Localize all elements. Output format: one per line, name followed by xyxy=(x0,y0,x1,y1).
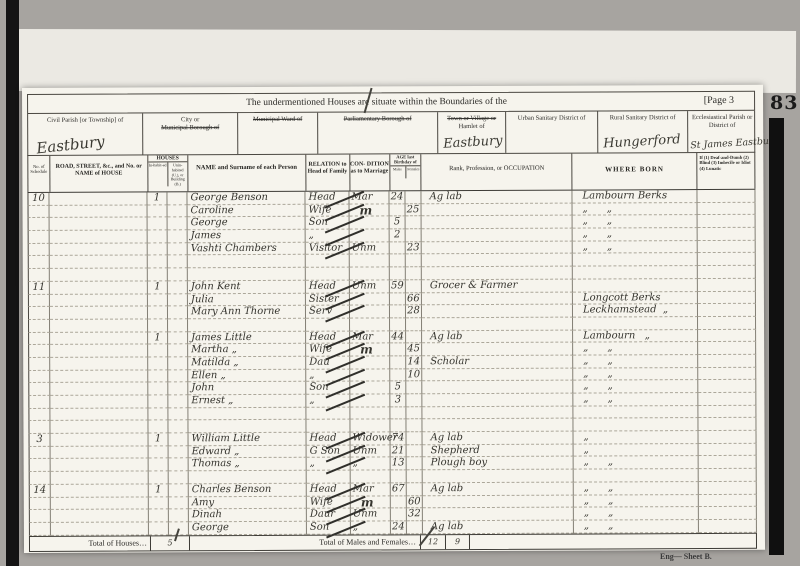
cell-relation xyxy=(306,420,350,433)
cell-condition: Unm xyxy=(350,242,390,255)
cell-born: „ „ xyxy=(574,482,699,495)
cell-road xyxy=(51,434,149,447)
cell-schedule xyxy=(28,231,50,244)
cell-schedule xyxy=(28,421,50,434)
cell-occupation xyxy=(423,508,574,521)
cell-schedule xyxy=(28,269,50,282)
cell-occupation: Scholar xyxy=(422,356,573,369)
cell-inhabited xyxy=(148,218,168,231)
cell-schedule xyxy=(28,409,50,422)
cell-relation: Wife xyxy=(306,344,350,357)
cell-relation: Head xyxy=(307,433,351,446)
cell-born: „ „ xyxy=(573,355,698,368)
cell-born xyxy=(574,469,699,482)
cell-relation: Son xyxy=(306,382,350,395)
cell-schedule: 14 xyxy=(29,485,51,498)
cell-schedule xyxy=(28,345,50,358)
cell-road xyxy=(50,243,148,256)
col-header-age-females: Females xyxy=(406,166,421,178)
cell-uninhabited xyxy=(168,268,188,281)
cell-condition: Mar xyxy=(351,483,391,496)
cell-disability xyxy=(698,367,756,380)
field-label-struck: Municipal Ward of xyxy=(238,116,317,124)
field-value-handwritten: Eastbury xyxy=(35,132,105,158)
cell-road xyxy=(51,510,149,523)
cell-age-m xyxy=(390,242,406,255)
cell-road xyxy=(50,256,148,269)
cell-age-f xyxy=(406,229,422,242)
cell-name: Dinah xyxy=(189,509,307,522)
cell-born: „ „ xyxy=(573,342,698,355)
cell-inhabited xyxy=(148,345,168,358)
cell-disability xyxy=(699,469,757,482)
cell-name: Mary Ann Thorne xyxy=(188,306,306,319)
cell-age-m xyxy=(390,255,406,268)
cell-uninhabited xyxy=(168,230,188,243)
cell-relation: Sister xyxy=(306,293,350,306)
cell-born: „ „ xyxy=(573,215,698,228)
cell-disability xyxy=(698,355,756,368)
field-municipal-ward: Municipal Ward of xyxy=(238,113,318,154)
scan-page-edge xyxy=(18,29,796,93)
cell-uninhabited xyxy=(168,345,188,358)
field-parliamentary-borough: Parliamentary Borough of xyxy=(318,112,438,154)
cell-uninhabited xyxy=(167,192,187,205)
cell-schedule xyxy=(29,523,51,536)
cell-disability xyxy=(698,266,756,279)
cell-road xyxy=(51,446,149,459)
cell-schedule: 3 xyxy=(29,434,51,447)
cell-occupation: Ag lab xyxy=(422,330,573,343)
cell-name xyxy=(188,268,306,281)
cell-inhabited xyxy=(148,421,168,434)
cell-born: „ „ xyxy=(574,520,699,533)
cell-disability xyxy=(698,393,756,406)
cell-age-f: 60 xyxy=(407,496,423,509)
cell-inhabited xyxy=(149,522,169,535)
cell-relation xyxy=(306,318,350,331)
cell-condition: m xyxy=(350,344,390,357)
cell-born: Leckhamstead „ xyxy=(573,304,698,317)
cell-uninhabited xyxy=(168,205,188,218)
cell-inhabited xyxy=(149,471,169,484)
cell-condition xyxy=(350,293,390,306)
cell-age-m xyxy=(391,509,407,522)
cell-name: John Kent xyxy=(188,281,306,294)
cell-condition: Mar xyxy=(349,191,389,204)
cell-uninhabited xyxy=(169,459,189,472)
cell-disability xyxy=(699,482,757,495)
cell-schedule xyxy=(28,332,50,345)
cell-schedule xyxy=(29,510,51,523)
cell-occupation xyxy=(422,254,573,267)
cell-uninhabited xyxy=(168,357,188,370)
cell-uninhabited xyxy=(169,497,189,510)
cell-age-m xyxy=(390,306,406,319)
cell-relation: Wife xyxy=(307,496,351,509)
cell-disability xyxy=(698,253,756,266)
cell-uninhabited xyxy=(169,509,189,522)
cell-uninhabited xyxy=(169,433,189,446)
cell-age-m xyxy=(390,293,406,306)
cell-condition: Unm xyxy=(350,280,390,293)
census-form: The undermentioned Houses are situate wi… xyxy=(22,85,765,553)
cell-relation xyxy=(306,407,350,420)
sheet-label: Eng— Sheet B. xyxy=(660,552,712,561)
col-header-where-born: WHERE BORN xyxy=(573,153,698,190)
cell-disability xyxy=(699,456,757,469)
cell-occupation: Shepherd xyxy=(423,444,574,457)
cell-road xyxy=(50,421,148,434)
cell-road xyxy=(49,192,147,205)
scan-binding-bar-right xyxy=(769,118,784,555)
cell-condition: „ xyxy=(351,521,391,534)
field-label: Urban Sanitary District of xyxy=(506,114,597,123)
field-label: Rural Sanitary District of xyxy=(598,114,687,123)
col-header-houses: HOUSES In-habit-ed Unin-habited (U.), or… xyxy=(148,155,188,191)
cell-road xyxy=(50,357,148,370)
census-scan-page: The undermentioned Houses are situate wi… xyxy=(0,0,800,566)
cell-name: Ernest „ xyxy=(188,395,306,408)
cell-age-m xyxy=(390,344,406,357)
cell-born: „ xyxy=(574,444,699,457)
cell-inhabited xyxy=(148,307,168,320)
cell-occupation: Grocer & Farmer xyxy=(422,279,573,292)
cell-born: „ „ xyxy=(574,507,699,520)
cell-inhabited: 1 xyxy=(149,484,169,497)
cell-condition xyxy=(350,407,390,420)
cell-born xyxy=(573,406,698,419)
cell-name: Amy xyxy=(189,496,307,509)
cell-age-m: 5 xyxy=(390,217,406,230)
cell-name: James xyxy=(188,230,306,243)
cell-road xyxy=(50,307,148,320)
cell-relation: Visitor xyxy=(306,242,350,255)
cell-born: „ „ xyxy=(573,368,698,381)
cell-age-m xyxy=(390,318,406,331)
cell-name xyxy=(188,319,306,332)
cell-road xyxy=(51,484,149,497)
field-urban-sanitary: Urban Sanitary District of xyxy=(506,111,598,152)
cell-condition: Unm xyxy=(351,509,391,522)
cell-age-m: 24 xyxy=(391,521,407,534)
cell-condition xyxy=(350,394,390,407)
cell-relation: Head xyxy=(307,483,351,496)
cell-name xyxy=(188,407,306,420)
cell-relation: G Son xyxy=(307,445,351,458)
total-males-value: 12 xyxy=(420,535,445,549)
cell-age-f xyxy=(406,267,422,280)
cell-relation: Son xyxy=(306,217,350,230)
col-header-inhabited: In-habit-ed xyxy=(148,163,168,187)
cell-name: William Little xyxy=(189,433,307,446)
cell-disability xyxy=(698,241,756,254)
cell-disability xyxy=(698,405,756,418)
cell-born: „ „ xyxy=(573,228,698,241)
banner-text: The undermentioned Houses are situate wi… xyxy=(246,97,507,108)
column-headers: No. of Schedule ROAD, STREET, &c., and N… xyxy=(27,153,755,193)
cell-schedule xyxy=(28,396,50,409)
cell-name: George xyxy=(188,217,306,230)
cell-age-f xyxy=(406,318,422,331)
cell-inhabited xyxy=(148,408,168,421)
cell-inhabited xyxy=(148,205,168,218)
cell-occupation xyxy=(422,216,573,229)
col-header-schedule: No. of Schedule xyxy=(28,156,50,192)
cell-disability xyxy=(699,507,757,520)
cell-name: George xyxy=(189,522,307,535)
cell-road xyxy=(50,294,148,307)
cell-schedule xyxy=(29,472,51,485)
cell-uninhabited xyxy=(168,332,188,345)
cell-relation: „ xyxy=(306,395,350,408)
total-houses-value: 5 xyxy=(150,536,190,550)
cell-disability xyxy=(698,342,756,355)
cell-age-m xyxy=(390,420,406,433)
cell-schedule xyxy=(28,383,50,396)
cell-uninhabited xyxy=(168,421,188,434)
cell-relation: Serv xyxy=(306,306,350,319)
cell-disability xyxy=(699,520,757,533)
cell-uninhabited xyxy=(168,370,188,383)
cell-occupation xyxy=(422,419,573,432)
cell-name xyxy=(188,420,306,433)
cell-condition xyxy=(350,382,390,395)
cell-disability xyxy=(698,380,756,393)
cell-road xyxy=(50,205,148,218)
cell-name: Charles Benson xyxy=(189,484,307,497)
col-header-condition: CON- DITION as to Marriage xyxy=(350,154,390,190)
cell-born xyxy=(573,418,698,431)
cell-age-m: 21 xyxy=(391,445,407,458)
field-value-handwritten: Eastbury xyxy=(443,133,503,153)
cell-age-f: 23 xyxy=(406,242,422,255)
cell-age-f xyxy=(407,483,423,496)
cell-inhabited xyxy=(148,370,168,383)
cell-inhabited xyxy=(148,230,168,243)
cell-age-f xyxy=(406,394,422,407)
cell-road xyxy=(50,370,148,383)
cell-age-f xyxy=(405,191,421,204)
cell-uninhabited xyxy=(168,395,188,408)
cell-inhabited xyxy=(148,268,168,281)
cell-age-m xyxy=(391,496,407,509)
cell-occupation xyxy=(422,368,573,381)
cell-road xyxy=(50,218,148,231)
cell-name: Ellen „ xyxy=(188,369,306,382)
cell-schedule xyxy=(28,256,50,269)
cell-schedule: 11 xyxy=(28,282,50,295)
cell-born: „ „ xyxy=(574,456,699,469)
cell-inhabited xyxy=(148,256,168,269)
cell-born: „ „ xyxy=(573,203,698,216)
cell-inhabited: 1 xyxy=(147,192,167,205)
cell-schedule xyxy=(28,294,50,307)
cell-relation: Head xyxy=(305,192,349,205)
cell-born xyxy=(573,317,698,330)
cell-name: George Benson xyxy=(187,192,305,205)
cell-occupation xyxy=(423,495,574,508)
cell-age-m: 13 xyxy=(391,458,407,471)
field-label-struck: Town or Village or xyxy=(438,115,505,123)
cell-disability xyxy=(698,202,756,215)
cell-uninhabited xyxy=(169,522,189,535)
cell-occupation xyxy=(422,305,573,318)
cell-road xyxy=(50,345,148,358)
cell-age-f: 32 xyxy=(407,508,423,521)
cell-schedule xyxy=(29,459,51,472)
page-label: [Page 3 xyxy=(704,95,734,106)
cell-occupation: Plough boy xyxy=(423,457,574,470)
cell-condition xyxy=(350,255,390,268)
cell-disability xyxy=(698,304,756,317)
cell-relation: „ xyxy=(307,458,351,471)
cell-name: Vashti Chambers xyxy=(188,243,306,256)
cell-inhabited xyxy=(148,383,168,396)
cell-age-f xyxy=(406,420,422,433)
cell-condition xyxy=(350,229,390,242)
cell-occupation xyxy=(422,203,573,216)
cell-condition xyxy=(350,268,390,281)
field-label: Civil Parish [or Township] of xyxy=(28,116,142,125)
totals-row: Total of Houses… 5 Total of Males and Fe… xyxy=(29,533,757,552)
cell-inhabited xyxy=(148,319,168,332)
cell-condition: m xyxy=(350,204,390,217)
cell-age-f xyxy=(406,255,422,268)
field-ecclesiastical-parish: Ecclesiastical Parish or District of St … xyxy=(688,111,756,152)
cell-occupation xyxy=(422,317,573,330)
cell-road xyxy=(50,269,148,282)
cell-occupation xyxy=(422,241,573,254)
cell-name: Martha „ xyxy=(188,344,306,357)
cell-age-f xyxy=(406,331,422,344)
field-label: Ecclesiastical Parish or xyxy=(688,114,756,122)
col-header-relation: RELATION to Head of Family xyxy=(306,155,350,191)
total-houses-label: Total of Houses… xyxy=(30,536,150,551)
cell-age-f: 45 xyxy=(406,344,422,357)
cell-age-m: 5 xyxy=(390,382,406,395)
cell-inhabited: 1 xyxy=(149,433,169,446)
field-label: District of xyxy=(688,122,756,130)
cell-relation: „ xyxy=(306,230,350,243)
cell-relation: Dau xyxy=(306,357,350,370)
field-town-village: Town or Village or Hamlet of Eastbury xyxy=(438,112,506,153)
col-header-name: NAME and Surname of each Person xyxy=(188,155,306,192)
table-body: 101George BensonHeadMar24Ag labLambourn … xyxy=(27,190,756,536)
cell-occupation xyxy=(422,406,573,419)
cell-age-f xyxy=(406,407,422,420)
cell-name: Thomas „ xyxy=(189,458,307,471)
cell-schedule xyxy=(28,218,50,231)
cell-relation xyxy=(306,255,350,268)
cell-age-m xyxy=(390,369,406,382)
cell-born: „ „ xyxy=(573,380,698,393)
cell-uninhabited xyxy=(168,306,188,319)
cell-born: „ xyxy=(574,431,699,444)
cell-inhabited xyxy=(148,294,168,307)
cell-inhabited: 1 xyxy=(148,332,168,345)
field-label-struck: Municipal Borough of xyxy=(143,124,237,133)
cell-disability xyxy=(698,329,756,342)
cell-schedule xyxy=(29,497,51,510)
cell-age-f: 10 xyxy=(406,369,422,382)
cell-age-f xyxy=(406,382,422,395)
field-label-struck: Parliamentary Borough of xyxy=(318,115,437,124)
cell-schedule xyxy=(28,320,50,333)
col-header-age-males: Males xyxy=(390,166,406,178)
cell-road xyxy=(50,231,148,244)
cell-schedule xyxy=(28,358,50,371)
cell-disability xyxy=(698,215,756,228)
cell-inhabited xyxy=(149,459,169,472)
cell-occupation xyxy=(422,229,573,242)
cell-name: Julia xyxy=(188,293,306,306)
cell-relation: „ xyxy=(306,369,350,382)
cell-born xyxy=(573,266,698,279)
cell-age-m: 44 xyxy=(390,331,406,344)
cell-relation: Daur xyxy=(307,509,351,522)
cell-road xyxy=(50,281,148,294)
cell-age-f xyxy=(407,432,423,445)
cell-condition: Unm xyxy=(351,445,391,458)
cell-inhabited xyxy=(148,395,168,408)
cell-schedule xyxy=(29,447,51,460)
col-header-age-title: AGE last Birthday of xyxy=(390,154,421,165)
col-header-age: AGE last Birthday of Males Females xyxy=(390,154,422,190)
cell-occupation: Ag lab xyxy=(423,482,574,495)
cell-disability xyxy=(698,418,756,431)
cell-age-f xyxy=(407,521,423,534)
cell-road xyxy=(51,522,149,535)
cell-relation: Head xyxy=(306,280,350,293)
cell-age-m xyxy=(391,470,407,483)
cell-name: John xyxy=(188,382,306,395)
cell-road xyxy=(51,459,149,472)
col-header-uninhabited: Unin-habited (U.), or Building (B.) xyxy=(168,163,187,187)
cell-relation: Head xyxy=(306,331,350,344)
page-stamp-number: 83 xyxy=(770,92,798,114)
cell-relation: Wife xyxy=(306,204,350,217)
cell-condition xyxy=(350,217,390,230)
header-fields: Civil Parish [or Township] of Eastbury C… xyxy=(27,111,755,156)
cell-born: Longcott Berks xyxy=(573,292,698,305)
cell-condition xyxy=(350,318,390,331)
cell-uninhabited xyxy=(168,281,188,294)
cell-uninhabited xyxy=(169,484,189,497)
cell-condition xyxy=(350,369,390,382)
cell-uninhabited xyxy=(168,256,188,269)
cell-name: Matilda „ xyxy=(188,357,306,370)
total-females-value: 9 xyxy=(445,535,470,549)
cell-condition xyxy=(350,356,390,369)
field-label: Hamlet of xyxy=(438,123,505,131)
cell-disability xyxy=(697,190,755,203)
totals-filler xyxy=(470,534,756,549)
cell-inhabited xyxy=(149,446,169,459)
cell-uninhabited xyxy=(168,294,188,307)
cell-condition: m xyxy=(351,496,391,509)
cell-uninhabited xyxy=(168,243,188,256)
field-value-handwritten: Hungerford xyxy=(603,132,681,153)
cell-age-m xyxy=(390,267,406,280)
col-header-disability: If (1) Deaf-and-Dumb (2) Blind (3) Imbec… xyxy=(697,153,755,189)
cell-inhabited xyxy=(148,243,168,256)
cell-age-m: 67 xyxy=(391,483,407,496)
cell-born xyxy=(573,253,698,266)
field-rural-sanitary: Rural Sanitary District of Hungerford xyxy=(598,111,688,152)
cell-age-f xyxy=(406,280,422,293)
field-city-borough: City or Municipal Borough of xyxy=(143,113,238,154)
